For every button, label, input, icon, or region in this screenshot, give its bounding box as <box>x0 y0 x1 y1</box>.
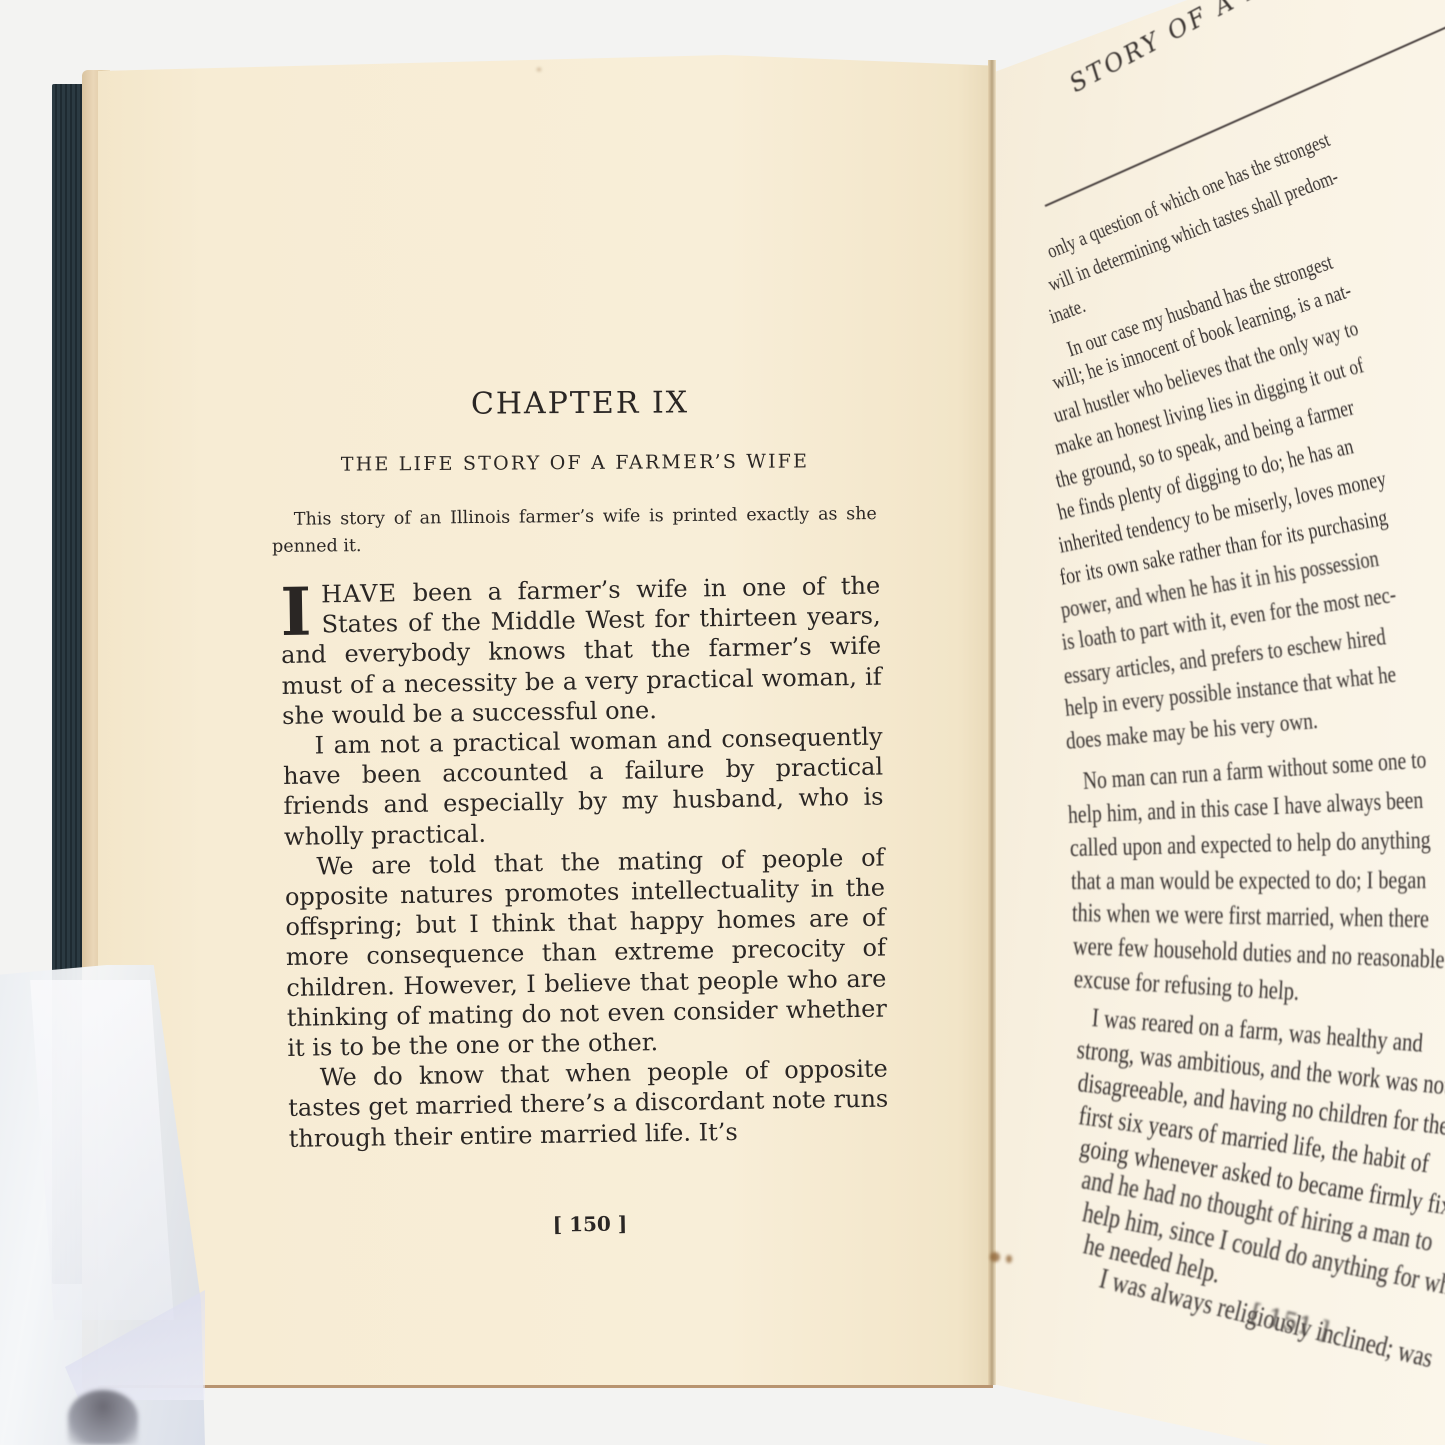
page-number-left: [ 150 ] <box>520 1211 660 1237</box>
foxing-stain <box>1006 1255 1012 1263</box>
editor-note: This story of an Illinois farmer’s wife … <box>272 501 877 561</box>
first-words: HAVE <box>321 579 397 608</box>
foxing-stain <box>990 1252 1000 1262</box>
foxing-stain <box>537 68 541 71</box>
paragraph-3: We are told that the mating of people of… <box>284 842 887 1063</box>
right-page-line: that a man would be expected to do; I be… <box>1071 865 1426 896</box>
book-gutter <box>988 60 996 1385</box>
glass-prism-face <box>30 980 174 1320</box>
right-page-line: this when we were first married, when th… <box>1072 898 1429 934</box>
book-photo: CHAPTER IX THE LIFE STORY OF A FARMER’S … <box>0 0 1445 1445</box>
chapter-title: THE LIFE STORY OF A FARMER’S WIFE <box>290 450 860 476</box>
chapter-heading: CHAPTER IX <box>300 385 860 423</box>
paragraph-4: We do know that when people of opposite … <box>288 1054 889 1154</box>
paragraph-2: I am not a practical woman and consequen… <box>282 722 884 852</box>
paragraph-1: IHAVE been a farmer’s wife in one of the… <box>280 571 882 731</box>
glass-prism-reflection <box>68 1390 138 1445</box>
drop-cap: I <box>280 584 312 640</box>
chapter-body: IHAVE been a farmer’s wife in one of the… <box>280 571 889 1154</box>
